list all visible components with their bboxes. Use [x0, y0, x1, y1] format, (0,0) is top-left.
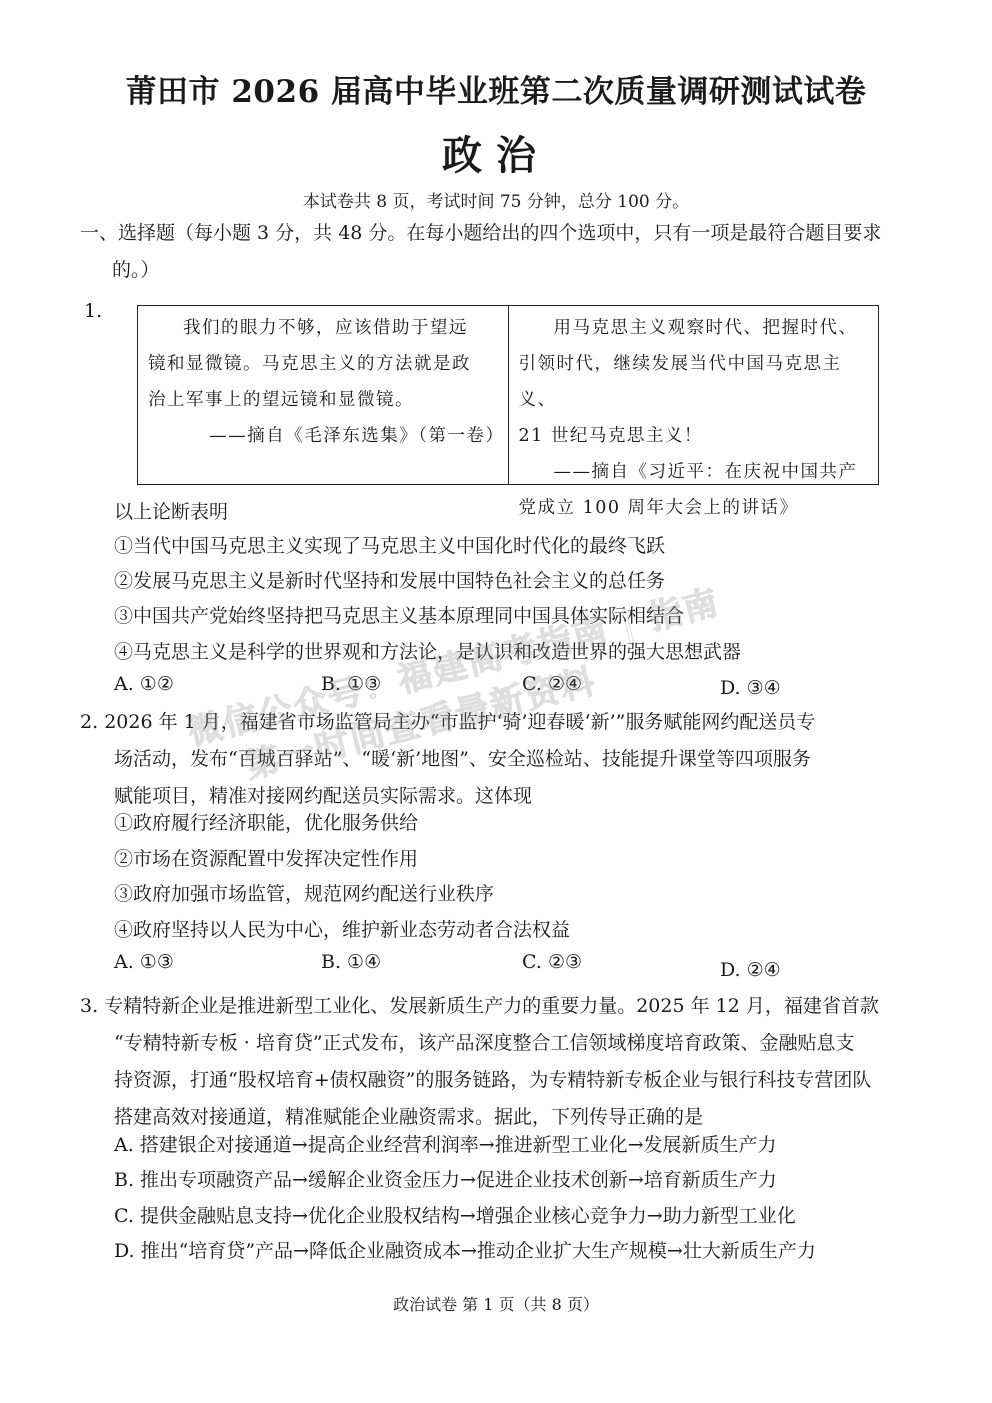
- exam-page: 莆田市 2026 届高中毕业班第二次质量调研测试试卷 政治 本试卷共 8 页，考…: [0, 0, 992, 1403]
- question-2-statement: ①政府履行经济职能，优化服务供给: [114, 808, 418, 835]
- quote-right: 用马克思主义观察时代、把握时代、 引领时代，继续发展当代中国马克思主义、 21 …: [508, 306, 879, 484]
- quote-left-line: 治上军事上的望远镜和显微镜。: [148, 382, 498, 418]
- question-3: 3. 专精特新企业是推进新型工业化、发展新质生产力的重要力量。2025 年 12…: [80, 988, 940, 1136]
- question-2: 2. 2026 年 1 月，福建省市场监管局主办“市监护‘骑’迎春暖‘新’”服务…: [80, 704, 940, 815]
- option-b[interactable]: B. ①③: [321, 673, 381, 695]
- question-2-statement: ②市场在资源配置中发挥决定性作用: [114, 844, 418, 871]
- option-c[interactable]: C. ②④: [522, 673, 582, 695]
- section-heading: 一、选择题（每小题 3 分，共 48 分。在每小题给出的四个选项中，只有一项是最…: [80, 215, 940, 289]
- option-d[interactable]: D. ③④: [720, 677, 781, 699]
- question-1-stem: 以上论断表明: [114, 497, 228, 524]
- question-1-statement: ①当代中国马克思主义实现了马克思主义中国化时代化的最终飞跃: [114, 531, 665, 558]
- page-footer: 政治试卷 第 1 页（共 8 页）: [0, 1292, 992, 1315]
- quote-left-source: ——摘自《毛泽东选集》（第一卷）: [148, 418, 498, 454]
- question-1-options: A. ①② B. ①③ C. ②④ D. ③④: [114, 673, 874, 703]
- option-b[interactable]: B. 推出专项融资产品→缓解企业资金压力→促进企业技术创新→培育新质生产力: [114, 1165, 777, 1192]
- quote-left: 我们的眼力不够，应该借助于望远 镜和显微镜。马克思主义的方法就是政 治上军事上的…: [138, 306, 508, 484]
- question-2-statement: ④政府坚持以人民为中心，维护新业态劳动者合法权益: [114, 915, 570, 942]
- question-2-stem-line1: 2. 2026 年 1 月，福建省市场监管局主办“市监护‘骑’迎春暖‘新’”服务…: [80, 704, 940, 741]
- question-1-statement: ④马克思主义是科学的世界观和方法论，是认识和改造世界的强大思想武器: [114, 637, 741, 664]
- exam-info: 本试卷共 8 页，考试时间 75 分钟，总分 100 分。: [0, 187, 992, 212]
- question-1-number: 1.: [84, 300, 102, 322]
- question-1-statement: ③中国共产党始终坚持把马克思主义基本原理同中国具体实际相结合: [114, 601, 684, 628]
- question-3-stem-text: 专精特新企业是推进新型工业化、发展新质生产力的重要力量。2025 年 12 月，…: [104, 995, 879, 1017]
- question-2-options: A. ①③ B. ①④ C. ②③ D. ②④: [114, 951, 874, 981]
- question-2-stem-text: 2026 年 1 月，福建省市场监管局主办“市监护‘骑’迎春暖‘新’”服务赋能网…: [104, 711, 815, 733]
- option-a[interactable]: A. ①②: [114, 673, 174, 695]
- section-heading-line2: 的。）: [80, 252, 940, 289]
- quote-left-line: 镜和显微镜。马克思主义的方法就是政: [148, 346, 498, 382]
- question-1-statement: ②发展马克思主义是新时代坚持和发展中国特色社会主义的总任务: [114, 566, 665, 593]
- quote-right-line: 21 世纪马克思主义！: [519, 418, 869, 454]
- question-2-statement: ③政府加强市场监管，规范网约配送行业秩序: [114, 879, 494, 906]
- option-a[interactable]: A. 搭建银企对接通道→提高企业经营利润率→推进新型工业化→发展新质生产力: [114, 1130, 777, 1157]
- question-3-stem-line2: “专精特新专板 · 培育贷”正式发布，该产品深度整合工信领域梯度培育政策、金融贴…: [80, 1025, 940, 1062]
- question-3-stem-line1: 3. 专精特新企业是推进新型工业化、发展新质生产力的重要力量。2025 年 12…: [80, 988, 940, 1025]
- question-3-number: 3.: [80, 995, 98, 1017]
- quote-right-source-line2: 党成立 100 周年大会上的讲话》: [519, 490, 869, 526]
- quote-right-line: 用马克思主义观察时代、把握时代、: [519, 310, 869, 346]
- exam-subject: 政治: [0, 124, 992, 181]
- quote-box: 我们的眼力不够，应该借助于望远 镜和显微镜。马克思主义的方法就是政 治上军事上的…: [137, 305, 879, 485]
- option-d[interactable]: D. ②④: [720, 959, 781, 981]
- quote-right-line: 引领时代，继续发展当代中国马克思主义、: [519, 346, 869, 418]
- quote-left-line: 我们的眼力不够，应该借助于望远: [148, 310, 498, 346]
- exam-title: 莆田市 2026 届高中毕业班第二次质量调研测试试卷: [0, 66, 992, 111]
- option-d[interactable]: D. 推出“培育贷”产品→降低企业融资成本→推动企业扩大生产规模→壮大新质生产力: [114, 1236, 816, 1263]
- section-heading-line1: 一、选择题（每小题 3 分，共 48 分。在每小题给出的四个选项中，只有一项是最…: [80, 222, 881, 244]
- question-2-number: 2.: [80, 711, 98, 733]
- option-a[interactable]: A. ①③: [114, 951, 174, 973]
- option-c[interactable]: C. ②③: [522, 951, 582, 973]
- option-b[interactable]: B. ①④: [321, 951, 381, 973]
- question-2-stem-line2: 场活动，发布“百城百驿站”、“暖‘新’地图”、安全巡检站、技能提升课堂等四项服务: [80, 741, 940, 778]
- question-3-stem-line3: 持资源，打通“股权培育+债权融资”的服务链路，为专精特新专板企业与银行科技专营团…: [80, 1062, 940, 1099]
- quote-right-source-line1: ——摘自《习近平：在庆祝中国共产: [519, 454, 869, 490]
- option-c[interactable]: C. 提供金融贴息支持→优化企业股权结构→增强企业核心竞争力→助力新型工业化: [114, 1201, 796, 1228]
